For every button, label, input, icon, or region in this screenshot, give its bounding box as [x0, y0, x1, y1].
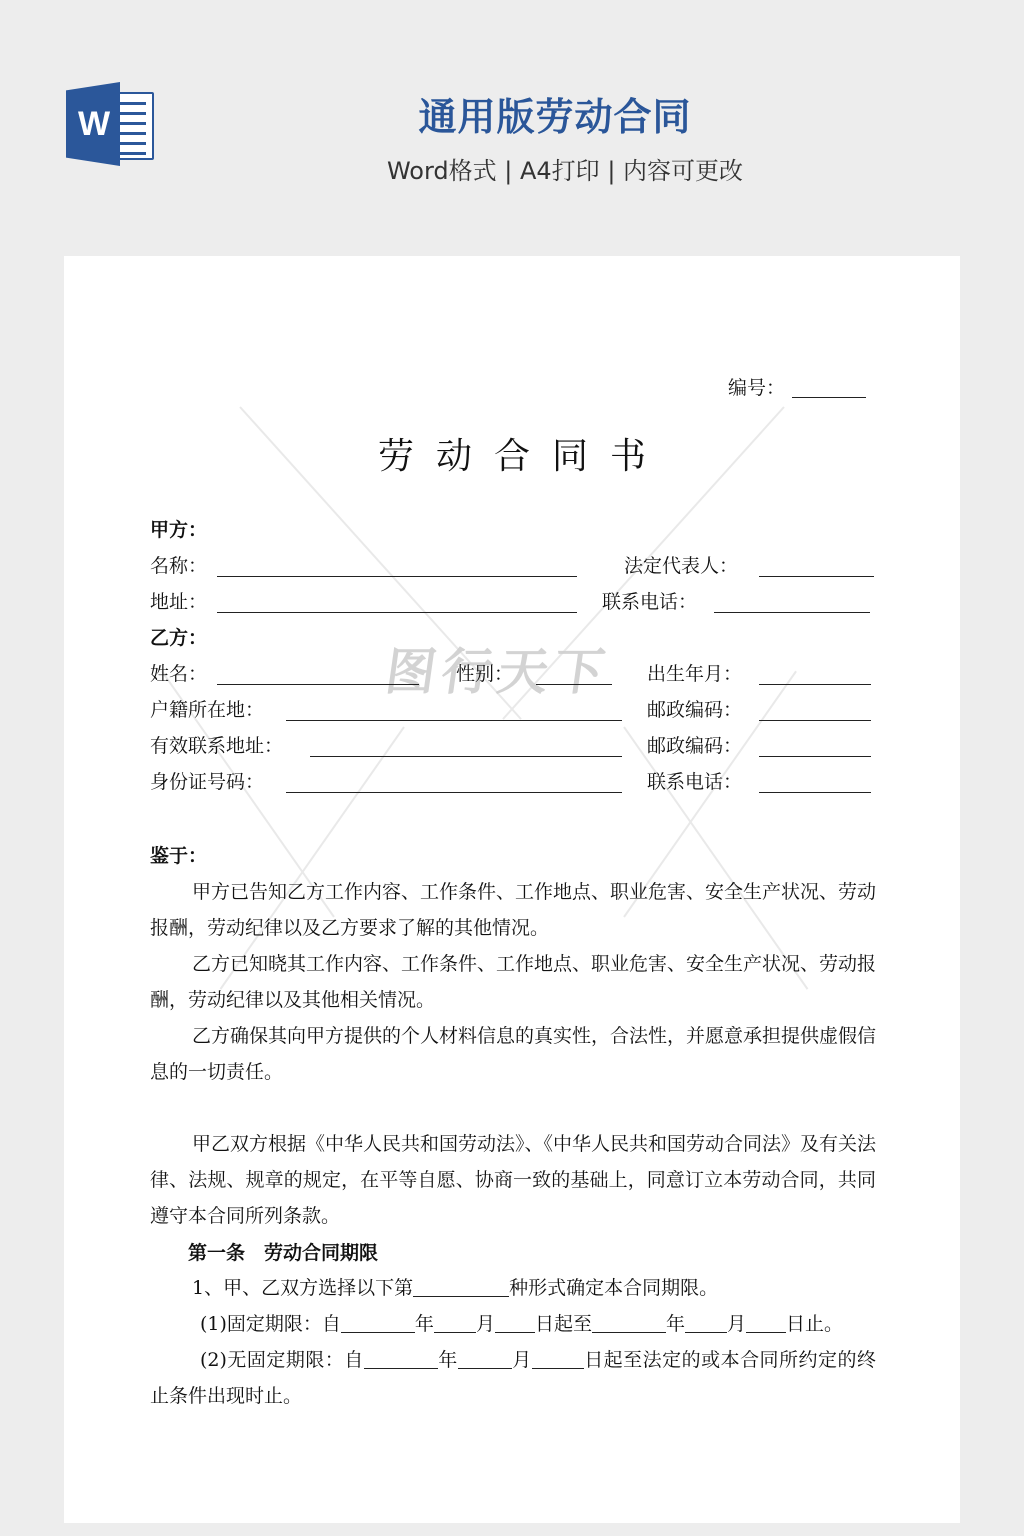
- whereas-paragraph-3: 乙方确保其向甲方提供的个人材料信息的真实性，合法性，并愿意承担提供虚假信息的一切…: [150, 1018, 876, 1090]
- article-1-clause-1: 1、甲、乙双方选择以下第种形式确定本合同期限。: [150, 1270, 876, 1306]
- fixed-start-month-field[interactable]: [434, 1313, 476, 1333]
- fixed-start-day-field[interactable]: [495, 1313, 535, 1333]
- party-b-hukou-label: 户籍所在地：: [150, 698, 264, 722]
- whereas-paragraph-1: 甲方已告知乙方工作内容、工作条件、工作地点、职业危害、安全生产状况、劳动报酬，劳…: [150, 874, 876, 946]
- party-b-birth-field[interactable]: [759, 684, 871, 685]
- party-b-id-label: 身份证号码：: [150, 770, 264, 794]
- party-b-contact-address-field[interactable]: [310, 756, 622, 757]
- party-b-postcode-label: 邮政编码：: [647, 698, 742, 722]
- party-a-phone-label: 联系电话：: [602, 590, 697, 614]
- article-1-heading: 第一条 劳动合同期限: [188, 1241, 378, 1265]
- open-start-year-field[interactable]: [364, 1349, 438, 1369]
- party-b-name-label: 姓名：: [150, 662, 207, 686]
- article-1-option-1: (1)固定期限：自年月日起至年月日止。: [150, 1306, 876, 1342]
- party-b-postcode2-field[interactable]: [759, 756, 871, 757]
- open-start-month-field[interactable]: [458, 1349, 512, 1369]
- fixed-end-day-field[interactable]: [746, 1313, 786, 1333]
- contract-number-field[interactable]: [792, 397, 866, 398]
- fixed-start-year-field[interactable]: [341, 1313, 415, 1333]
- document-page: 图行天下 编号： 劳动合同书 甲方： 名称： 法定代表人： 地址： 联系电话： …: [64, 256, 960, 1523]
- basis-paragraph: 甲乙双方根据《中华人民共和国劳动法》、《中华人民共和国劳动合同法》及有关法律、法…: [150, 1126, 876, 1234]
- contract-number-label: 编号：: [728, 376, 785, 400]
- party-b-postcode2-label: 邮政编码：: [647, 734, 742, 758]
- party-a-address-label: 地址：: [150, 590, 207, 614]
- article-1-option-2: (2)无固定期限：自年月日起至法定的或本合同所约定的终止条件出现时止。: [150, 1342, 876, 1414]
- word-letter: W: [72, 104, 116, 144]
- party-b-contact-address-label: 有效联系地址：: [150, 734, 283, 758]
- party-b-name-field[interactable]: [217, 684, 419, 685]
- party-a-address-field[interactable]: [217, 612, 577, 613]
- party-b-hukou-field[interactable]: [286, 720, 622, 721]
- party-a-legal-rep-label: 法定代表人：: [624, 554, 738, 578]
- party-b-gender-label: 性别：: [456, 662, 513, 686]
- party-a-phone-field[interactable]: [714, 612, 870, 613]
- party-a-legal-rep-field[interactable]: [759, 576, 874, 577]
- party-b-birth-label: 出生年月：: [647, 662, 742, 686]
- party-b-gender-field[interactable]: [536, 684, 612, 685]
- banner-subtitle: Word格式 | A4打印 | 内容可更改: [300, 154, 830, 188]
- party-a-heading: 甲方：: [150, 518, 207, 542]
- open-start-day-field[interactable]: [532, 1349, 584, 1369]
- party-a-name-label: 名称：: [150, 554, 207, 578]
- whereas-paragraph-2: 乙方已知晓其工作内容、工作条件、工作地点、职业危害、安全生产状况、劳动报酬，劳动…: [150, 946, 876, 1018]
- party-b-heading: 乙方：: [150, 626, 207, 650]
- party-b-postcode-field[interactable]: [759, 720, 871, 721]
- fixed-end-month-field[interactable]: [685, 1313, 727, 1333]
- party-b-phone-field[interactable]: [759, 792, 871, 793]
- whereas-heading: 鉴于：: [150, 844, 207, 868]
- party-b-id-field[interactable]: [286, 792, 622, 793]
- banner-title: 通用版劳动合同: [340, 92, 770, 142]
- word-doc-icon: W: [66, 82, 156, 166]
- fixed-end-year-field[interactable]: [592, 1313, 666, 1333]
- party-b-phone-label: 联系电话：: [647, 770, 742, 794]
- document-title: 劳动合同书: [64, 434, 960, 480]
- term-form-field[interactable]: [413, 1277, 509, 1297]
- party-a-name-field[interactable]: [217, 576, 577, 577]
